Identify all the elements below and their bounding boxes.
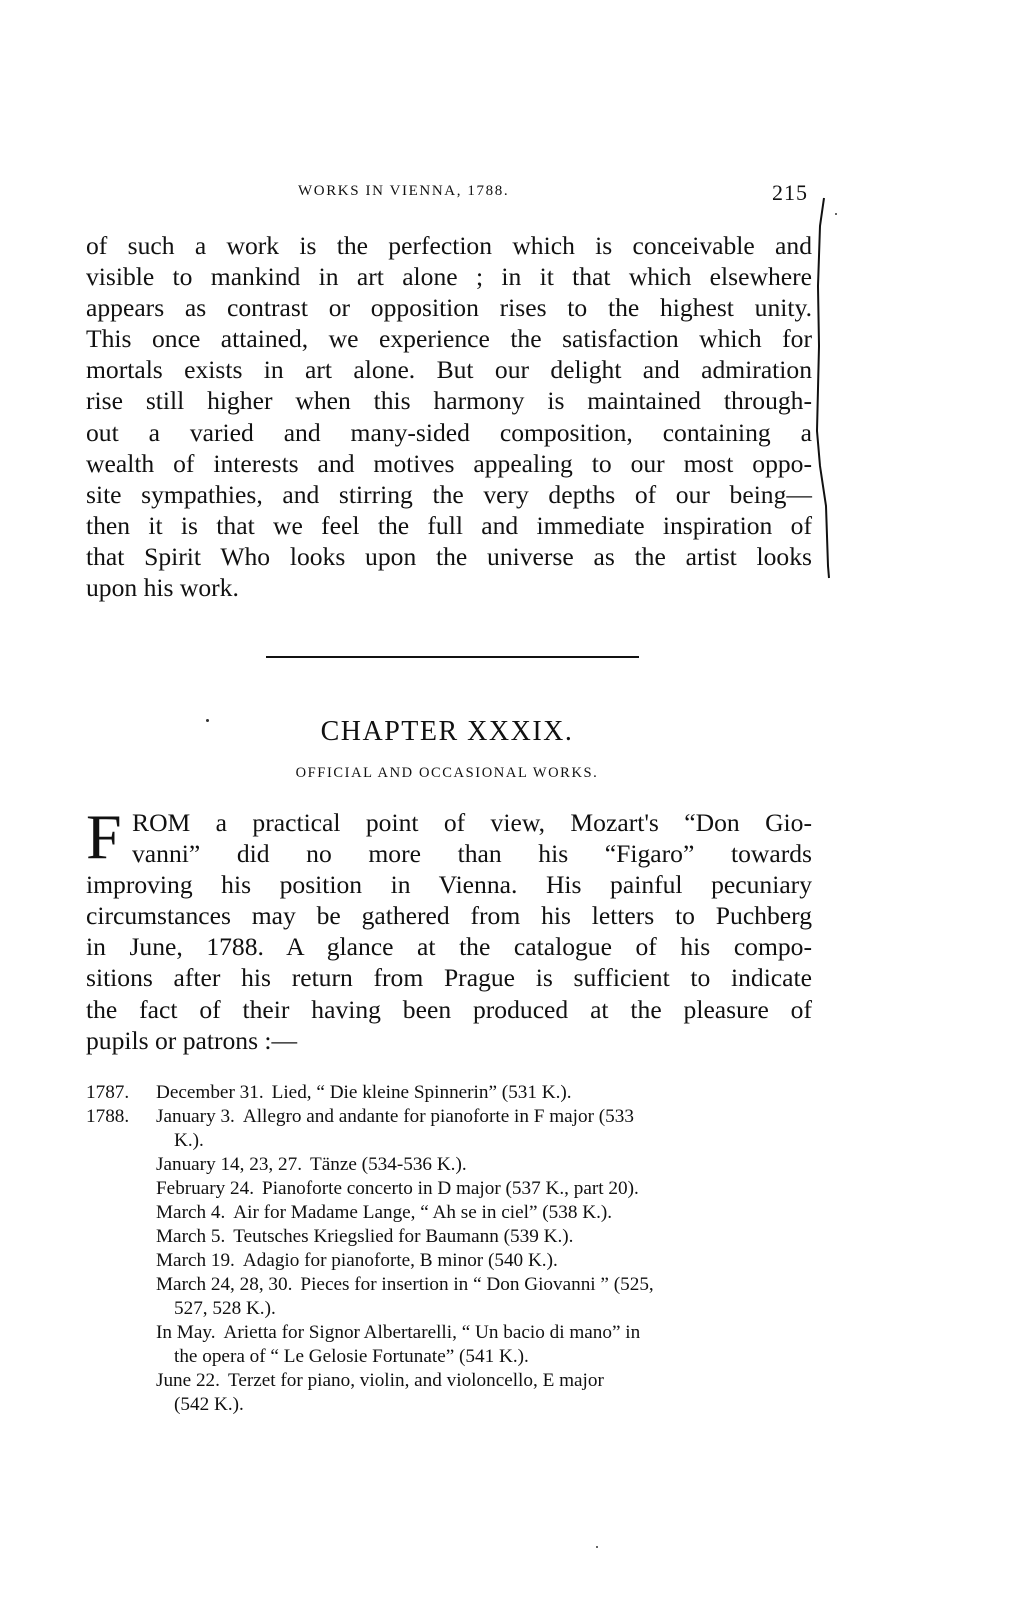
- entry-date: March 19.: [156, 1250, 235, 1271]
- works-catalogue: 1787. December 31.Lied, “ Die kleine Spi…: [86, 1081, 812, 1417]
- print-speck: [596, 1546, 598, 1548]
- catalogue-entry: March 24, 28, 30.Pieces for insertion in…: [86, 1273, 812, 1321]
- margin-bracket-mark: [814, 196, 838, 580]
- text-line: the fact of their having been produced a…: [86, 994, 812, 1025]
- entry-description: Arietta for Signor Albertarelli, “ Un ba…: [224, 1322, 641, 1343]
- running-head: WORKS IN VIENNA, 1788. 215: [86, 183, 812, 209]
- entry-date: In May.: [156, 1322, 216, 1343]
- text-line: wealth of interests and motives appealin…: [86, 448, 812, 479]
- catalogue-entry: In May.Arietta for Signor Albertarelli, …: [86, 1321, 812, 1369]
- entry-year: 1787.: [86, 1081, 129, 1105]
- book-page: WORKS IN VIENNA, 1788. 215 of such a wor…: [0, 0, 1034, 1600]
- text-line: vanni” did no more than his “Figaro” tow…: [86, 838, 812, 869]
- text-line: pupils or patrons :—: [86, 1025, 812, 1056]
- text-line: ROM a practical point of view, Mozart's …: [86, 807, 812, 838]
- entry-date: February 24.: [156, 1178, 254, 1199]
- entry-description: Lied, “ Die kleine Spinnerin” (531 K.).: [272, 1082, 572, 1103]
- entry-date: January 3.: [156, 1106, 235, 1127]
- running-head-title: WORKS IN VIENNA, 1788.: [298, 183, 509, 200]
- text-line: improving his position in Vienna. His pa…: [86, 869, 812, 900]
- entry-description: Pieces for insertion in “ Don Giovanni ”…: [300, 1274, 653, 1295]
- chapter-title: CHAPTER XXXIX.: [0, 716, 894, 748]
- text-line: upon his work.: [86, 572, 812, 603]
- catalogue-entry: 1788. January 3.Allegro and andante for …: [86, 1105, 812, 1153]
- text-line: sitions after his return from Prague is …: [86, 962, 812, 993]
- text-line: of such a work is the perfection which i…: [86, 230, 812, 261]
- catalogue-entry: March 5.Teutsches Kriegslied for Baumann…: [86, 1225, 812, 1249]
- text-line: This once attained, we experience the sa…: [86, 323, 812, 354]
- text-line: site sympathies, and stirring the very d…: [86, 479, 812, 510]
- entry-date: December 31.: [156, 1082, 264, 1103]
- entry-date: June 22.: [156, 1370, 220, 1391]
- entry-description: Terzet for piano, violin, and violoncell…: [228, 1370, 604, 1391]
- text-line: that Spirit Who looks upon the universe …: [86, 541, 812, 572]
- catalogue-entry: February 24.Pianoforte concerto in D maj…: [86, 1177, 812, 1201]
- entry-description-cont: the opera of “ Le Gelosie Fortunate” (54…: [156, 1345, 812, 1369]
- entry-description: Air for Madame Lange, “ Ah se in ciel” (…: [233, 1202, 612, 1223]
- entry-date: March 24, 28, 30.: [156, 1274, 292, 1295]
- page-number: 215: [772, 180, 808, 206]
- catalogue-entry: March 19.Adagio for pianoforte, B minor …: [86, 1249, 812, 1273]
- entry-description: Teutsches Kriegslied for Baumann (539 K.…: [233, 1226, 573, 1247]
- chapter-opening-paragraph: ROM a practical point of view, Mozart's …: [86, 807, 812, 1056]
- text-line: visible to mankind in art alone ; in it …: [86, 261, 812, 292]
- catalogue-entry: June 22.Terzet for piano, violin, and vi…: [86, 1369, 812, 1417]
- entry-year: 1788.: [86, 1105, 129, 1129]
- catalogue-entry: January 14, 23, 27.Tänze (534-536 K.).: [86, 1153, 812, 1177]
- chapter-subtitle: OFFICIAL AND OCCASIONAL WORKS.: [0, 765, 894, 782]
- entry-description-cont: (542 K.).: [156, 1393, 812, 1417]
- entry-description: Tänze (534-536 K.).: [310, 1154, 467, 1175]
- text-line: in June, 1788. A glance at the catalogue…: [86, 931, 812, 962]
- entry-date: March 5.: [156, 1226, 225, 1247]
- text-line: appears as contrast or opposition rises …: [86, 292, 812, 323]
- entry-description-cont: 527, 528 K.).: [156, 1297, 812, 1321]
- entry-description: Adagio for pianoforte, B minor (540 K.).: [243, 1250, 558, 1271]
- entry-date: March 4.: [156, 1202, 225, 1223]
- text-line: out a varied and many-sided composition,…: [86, 417, 812, 448]
- section-divider: [266, 656, 639, 658]
- text-line: rise still higher when this harmony is m…: [86, 385, 812, 416]
- text-line: circumstances may be gathered from his l…: [86, 900, 812, 931]
- catalogue-entry: March 4.Air for Madame Lange, “ Ah se in…: [86, 1201, 812, 1225]
- text-line: mortals exists in art alone. But our del…: [86, 354, 812, 385]
- entry-description: Pianoforte concerto in D major (537 K., …: [262, 1178, 639, 1199]
- entry-description-cont: K.).: [156, 1129, 812, 1153]
- paragraph-continued: of such a work is the perfection which i…: [86, 230, 812, 603]
- entry-date: January 14, 23, 27.: [156, 1154, 302, 1175]
- entry-description: Allegro and andante for pianoforte in F …: [243, 1106, 634, 1127]
- text-line: then it is that we feel the full and imm…: [86, 510, 812, 541]
- catalogue-entry: 1787. December 31.Lied, “ Die kleine Spi…: [86, 1081, 812, 1105]
